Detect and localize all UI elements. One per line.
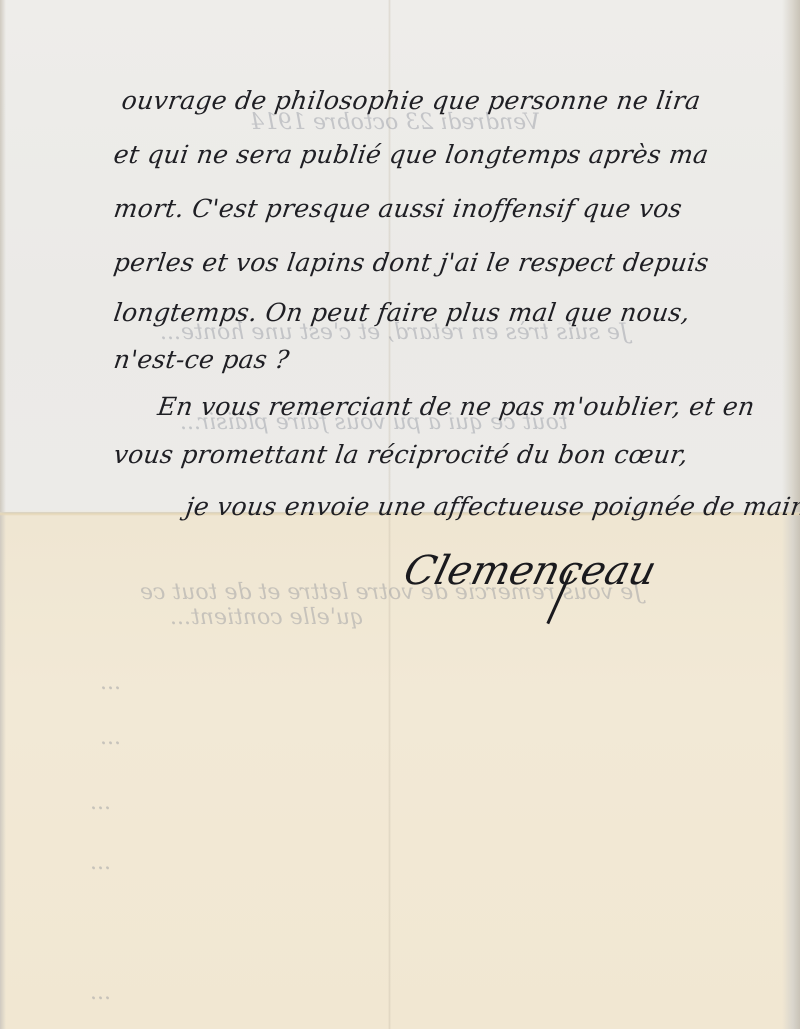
letter-line-8: vous promettant la réciprocité du bon cœ… [112,440,690,469]
letter-line-3: mort. C'est presque aussi inoffensif que… [112,194,684,223]
signature: Clemenceau [399,548,661,594]
letter-line-6: n'est-ce pas ? [112,345,291,374]
bleed-through-line: ... [100,670,121,695]
bleed-through-line: qu'elle contient... [170,605,364,630]
letter-line-5: longtemps. On peut faire plus mal que no… [112,298,692,327]
letter-line-4: perles et vos lapins dont j'ai le respec… [112,248,711,277]
bleed-through-line: ... [90,790,111,815]
letter-line-7: En vous remerciant de ne pas m'oublier, … [156,392,757,421]
letter-line-9: je vous envoie une affectueuse poignée d… [184,492,800,521]
letter-line-2: et qui ne sera publié que longtemps aprè… [112,140,711,169]
bleed-through-line: ... [100,725,121,750]
bleed-through-line: ... [90,980,111,1005]
letter-line-1: ouvrage de philosophie que personne ne l… [120,86,703,115]
bleed-through-line: ... [90,850,111,875]
